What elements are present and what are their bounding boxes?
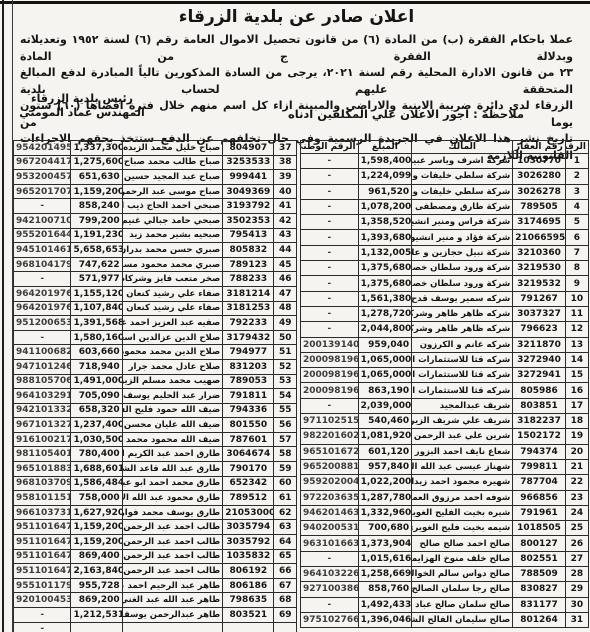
owner-name-cell: شركه قثا للاستثمارات العقاريه	[412, 383, 513, 398]
property-number-cell: 3210360	[513, 245, 566, 260]
row-number-cell: 54	[274, 389, 297, 404]
national-number-cell: 9552016443	[14, 228, 71, 243]
table-row: 643035792طالب احمد عبد الرحمن شري1,159,2…	[14, 535, 297, 550]
amount-cell: 747,622	[71, 257, 122, 272]
owner-name-cell: صبري محمد محمود مسلم	[122, 257, 222, 272]
amount-cell: 959,040	[358, 337, 412, 352]
table-row: 133211870شركه غانم و الكرزون959,04020013…	[301, 337, 589, 352]
national-number-cell: 9511016476	[14, 564, 71, 579]
row-number-cell: 9	[565, 276, 588, 291]
table-row: 83219530شركة ورود سلطان خصاونه وشركاها1,…	[301, 261, 589, 276]
row-number-cell: 60	[274, 476, 297, 491]
amount-cell: 540,460	[358, 414, 412, 429]
owner-name-cell: شوفه احمد مرزوق العموش	[412, 490, 513, 505]
owner-name-cell: شركه غانم و الكرزون	[412, 337, 513, 352]
property-number-cell: 21053000	[223, 505, 274, 520]
amount-cell: 1,396,046	[358, 612, 412, 627]
table-row: 33026278شركة سلطي خليفات وريما قدح961,52…	[301, 184, 589, 199]
row-number-cell: 39	[274, 170, 297, 185]
owner-name-cell	[122, 622, 222, 632]
row-number-cell: 3	[565, 184, 588, 199]
national-number-cell: 9672044171	[14, 155, 71, 170]
property-number-cell: 3174695	[513, 215, 566, 230]
property-number-cell: 999441	[223, 170, 274, 185]
property-number-cell: 3035794	[223, 520, 274, 535]
national-number-cell: -	[301, 597, 359, 612]
property-number-cell: 791961	[513, 505, 566, 520]
national-number-cell: 200098196	[301, 383, 359, 398]
row-number-cell: 27	[565, 551, 588, 566]
national-number-cell: 9641032268	[301, 567, 359, 582]
table-row: 403049369صباح موسى عبد الرحمن ابو كوش1,1…	[14, 184, 297, 199]
amount-cell: 1,561,380	[358, 291, 412, 306]
national-number-cell: 9421013321	[14, 403, 71, 418]
property-number-cell: 803851	[513, 398, 566, 413]
owner-name-cell: ضرار عبد الحليم يوسف الهندى	[122, 389, 222, 404]
top-border-rule	[0, 1, 590, 4]
row-number-cell: 11	[565, 306, 588, 321]
national-number-cell: 9642019763	[14, 301, 71, 316]
property-number-cell: 1502172	[513, 429, 566, 444]
property-number-cell: 3035792	[223, 535, 274, 550]
row-number-cell: 66	[274, 564, 297, 579]
row-number-cell: 52	[274, 359, 297, 374]
amount-cell: 1,580,160	[71, 330, 122, 345]
amount-cell: 2,163,840	[71, 564, 122, 579]
row-number-cell: 44	[274, 243, 297, 258]
row-number-cell: 20	[565, 444, 588, 459]
amount-cell: 1,287,780	[358, 490, 412, 505]
table-row: 51794977صلاح الدين محمد محمود حامد603,66…	[14, 345, 297, 360]
amount-cell: 869,400	[71, 549, 122, 564]
amount-cell: 2,039,000	[358, 398, 412, 413]
property-number-cell: 804907	[223, 141, 274, 156]
property-number-cell: 3219530	[513, 261, 566, 276]
row-number-cell: 57	[274, 432, 297, 447]
national-number-cell: 9592020041	[301, 475, 359, 490]
table-row: 93219532شركة ورود سلطان خصاونه وشركاها1,…	[301, 276, 589, 291]
table-row: 44805832صبري حسن محمد بدران و شريكه5,658…	[14, 243, 297, 258]
national-number-cell: 9271003862	[301, 582, 359, 597]
amount-cell: 1,258,669	[358, 567, 412, 582]
row-number-cell: 10	[565, 291, 588, 306]
owner-name-cell: صالح دواس سالم الخوالده	[412, 567, 513, 582]
owner-name-cell: شعاع نايف احمد البزور	[412, 444, 513, 459]
row-number-cell: 22	[565, 475, 588, 490]
national-number-cell: -	[301, 551, 359, 566]
amount-cell: 1,391,568	[71, 316, 122, 331]
table-row: 37804907صباح خليل محمد الزبده1,337,30095…	[14, 141, 297, 156]
property-number-cell: 3049369	[223, 184, 274, 199]
property-number-cell: 3182237	[513, 414, 566, 429]
owner-name-cell: شيره بخيت الفليح الغويرين	[412, 505, 513, 520]
property-number-cell: 3026280	[513, 169, 566, 184]
owner-name-cell: ضيف الله محمود محمد الحمود	[122, 432, 222, 447]
property-number-cell: 798635	[223, 593, 274, 608]
announcement-page: اعلان صادر عن بلدية الزرقاء عملا باحكام …	[0, 0, 590, 632]
row-number-cell: 16	[565, 383, 588, 398]
row-number-cell: 61	[274, 491, 297, 506]
table-row: 66806192طالب احمد عبد الرحمن شري2,163,84…	[14, 564, 297, 579]
property-number-cell: 796623	[513, 322, 566, 337]
amount-cell: 1,191,230	[71, 228, 122, 243]
row-number-cell: 8	[565, 261, 588, 276]
national-number-cell: 200098196	[301, 368, 359, 383]
owner-name-cell: صالح سلمان صالح عباد	[412, 597, 513, 612]
amount-cell: 758,000	[71, 491, 122, 506]
national-number-cell: -	[301, 184, 359, 199]
table-row: 59790170طارق عبد الله قاعد الشمري1,688,6…	[14, 462, 297, 477]
owner-name-cell: طاهر عبد الله عبد الغني العتوم	[122, 593, 222, 608]
national-number-cell: 9711025157	[301, 414, 359, 429]
property-number-cell: 21066595	[513, 230, 566, 245]
property-number-cell: 806192	[223, 564, 274, 579]
national-number-cell: 9822016027	[301, 429, 359, 444]
table-row: 483181253صفاء علي رشيد كنعان1,107,840964…	[14, 301, 297, 316]
national-number-cell: -	[301, 230, 359, 245]
body-line-1: عملا باحكام الفقرة (ب) من المادة (٦) من …	[20, 32, 573, 65]
amount-cell: 1,159,200	[71, 520, 122, 535]
property-number-cell: 966856	[513, 490, 566, 505]
table-row: 16805986شركه قثا للاستثمارات العقاريه863…	[301, 383, 589, 398]
amount-cell: 601,120	[358, 444, 412, 459]
owner-name-cell: صخر متعب فايز وشركاه	[122, 272, 222, 287]
table-row: 23026280شركة سلطي خليفات وريما قدح1,224,…	[301, 169, 589, 184]
national-number-cell: 200098196	[301, 352, 359, 367]
row-number-cell: 47	[274, 286, 297, 301]
property-number-cell: 3272941	[513, 368, 566, 383]
national-number-cell: -	[301, 169, 359, 184]
national-number-cell: 9581011517	[14, 491, 71, 506]
national-number-cell: -	[301, 199, 359, 214]
table-row: 30831177صالح سلمان صالح عباد1,492,433-	[301, 597, 589, 612]
row-number-cell: 63	[274, 520, 297, 535]
table-row: 61789512طارق محمود عبد الله الاحمد758,00…	[14, 491, 297, 506]
owner-name-cell: شركة نبيل حجازين و علاء معايعه	[412, 245, 513, 260]
column-header-property: رقم العقار	[513, 141, 566, 154]
table-row: 53174695شركة فراس ومنير انشيوات1,358,520…	[301, 215, 589, 230]
table-row: 17803851شريف عبدالمجيد2,039,000-	[301, 398, 589, 413]
owner-name-cell: شركة سلطي خليفات وريما قدح	[412, 169, 513, 184]
row-number-cell: 23	[565, 490, 588, 505]
table-row: 11030770شركة اشرف وياسر عبيد1,598,400-	[301, 154, 589, 169]
national-number-cell: 9411006827	[14, 345, 71, 360]
national-number-cell: -	[301, 398, 359, 413]
national-number-cell: -	[301, 291, 359, 306]
owner-name-cell: شركة ورود سلطان خصاونه وشركاها	[412, 261, 513, 276]
owner-name-cell: شركه سمير يوسف قدح واولاده	[412, 291, 513, 306]
table-row: 20794374شعاع نايف احمد البزور601,1209651…	[301, 444, 589, 459]
owner-name-cell: شريف علي شريف الزين	[412, 414, 513, 429]
row-number-cell: 62	[274, 505, 297, 520]
national-number-cell: 9652008813	[301, 459, 359, 474]
owner-name-cell: صفاء علي رشيد كنعان	[122, 301, 222, 316]
row-number-cell: 41	[274, 199, 297, 214]
property-number-cell: 792233	[223, 316, 274, 331]
row-number-cell: 26	[565, 536, 588, 551]
amount-cell: 1,492,433	[358, 597, 412, 612]
table-row: 4789505شركة طارق ومصطفى خليل1,078,200-	[301, 199, 589, 214]
amount-cell: 1,159,200	[71, 535, 122, 550]
amount-cell: 799,200	[71, 213, 122, 228]
amount-cell: 1,065,000	[358, 352, 412, 367]
national-number-cell: 9641032910	[14, 389, 71, 404]
national-number-cell: 9161002179	[14, 432, 71, 447]
property-number-cell: 789512	[223, 491, 274, 506]
owner-name-cell: طالب احمد عبد الرحمن شري	[122, 564, 222, 579]
row-number-cell: 45	[274, 257, 297, 272]
row-number-cell: 50	[274, 330, 297, 345]
owner-name-cell: شركة اشرف وياسر عبيد	[412, 154, 513, 169]
amount-cell: 658,320	[71, 403, 122, 418]
property-number-cell: 1030770	[513, 154, 566, 169]
property-number-cell: 830827	[513, 582, 566, 597]
signature-name: المهندس عماد المومني	[14, 106, 150, 120]
table-row: 423502353صبحي حامد جبالي غنيم799,2009421…	[14, 213, 297, 228]
note-text: ملاحظة : اجور الاعلان علي المكلفين ادناه	[288, 107, 524, 121]
amount-cell: 1,337,300	[71, 141, 122, 156]
amount-cell: 863,190	[358, 383, 412, 398]
national-number-cell: -	[14, 199, 71, 214]
owner-name-cell: شهناز عيسى عبد الله الشويات	[412, 459, 513, 474]
amount-cell: 1,627,920	[71, 505, 122, 520]
property-number-cell: 3272940	[513, 352, 566, 367]
owner-name-cell: طارق احمد عبد الكريم الخوالده	[122, 447, 222, 462]
row-number-cell: 19	[565, 429, 588, 444]
owner-name-cell: صباح موسى عبد الرحمن ابو كوش	[122, 184, 222, 199]
property-number-cell: 3181214	[223, 286, 274, 301]
row-number-cell: 49	[274, 316, 297, 331]
national-number-cell: -	[301, 322, 359, 337]
row-number-cell: 21	[565, 459, 588, 474]
property-number-cell: 801550	[223, 418, 274, 433]
property-number-cell: 3037327	[513, 306, 566, 321]
owner-name-cell: طالب احمد عبد الرحمن شري	[122, 549, 222, 564]
owner-name-cell: صالح رجا سلمان الصالح	[412, 582, 513, 597]
row-number-cell: 64	[274, 535, 297, 550]
column-header-owner: المالك	[412, 141, 513, 154]
amount-cell: 1,015,616	[358, 551, 412, 566]
column-header-amount: المبلغ	[358, 141, 412, 154]
table-row: 191502172شرين علي عبد الرحمن ابو جامع1,0…	[301, 429, 589, 444]
national-number-cell: 9722036357	[301, 490, 359, 505]
row-number-cell: 38	[274, 155, 297, 170]
table-row: 39999441صباح عبد المجيد حسين عابدين651,6…	[14, 170, 297, 185]
owner-name-cell: طارق يوسف محمد فواريق	[122, 505, 222, 520]
amount-cell: 1,278,720	[358, 306, 412, 321]
owner-name-cell: صالح احمد صالح صالح	[412, 536, 513, 551]
table-row: 28788509صالح دواس سالم الخوالده1,258,669…	[301, 567, 589, 582]
table-row: 60652342طارق محمد احمد ابو عبيد وشركاه1,…	[14, 476, 297, 491]
national-number-cell: 9631016632	[301, 536, 359, 551]
amount-cell: 651,630	[71, 170, 122, 185]
national-number-cell: 9542014956	[14, 141, 71, 156]
amount-cell: 705,090	[71, 389, 122, 404]
property-number-cell: 791267	[513, 291, 566, 306]
row-number-cell: 2	[565, 169, 588, 184]
amount-cell: 5,658,653	[71, 243, 122, 258]
table-row: 22787704شهيره محمود احمد زيدان1,022,2009…	[301, 475, 589, 490]
property-number-cell: 3211870	[513, 337, 566, 352]
amount-cell: 1,030,500	[71, 432, 122, 447]
property-number-cell: 803521	[223, 608, 274, 623]
table-row: 651035832طالب احمد عبد الرحمن شري869,400…	[14, 549, 297, 564]
national-number-cell: -	[301, 245, 359, 260]
column-header-number: الرقم	[565, 141, 588, 154]
property-number-cell: 3026278	[513, 184, 566, 199]
national-number-cell: 9642019763	[14, 286, 71, 301]
row-number-cell: 56	[274, 418, 297, 433]
property-number-cell: 831203	[223, 359, 274, 374]
amount-cell: 780,400	[71, 447, 122, 462]
amount-cell: 2,044,800	[358, 322, 412, 337]
property-number-cell	[223, 622, 274, 632]
owner-name-cell: صباح عبد المجيد حسين عابدين	[122, 170, 222, 185]
table-header-row: الرقم رقم العقار المالك المبلغ الرقم الو…	[301, 141, 589, 154]
amount-cell: 1,078,200	[358, 199, 412, 214]
table-row: 29830827صالح رجا سلمان الصالح858,7609271…	[301, 582, 589, 597]
owner-name-cell: شركة سلطي خليفات وريما قدح	[412, 184, 513, 199]
national-number-cell: -	[14, 622, 71, 632]
table-row: 45789123صبري محمد محمود مسلم747,62296810…	[14, 257, 297, 272]
row-number-cell: 25	[565, 521, 588, 536]
row-number-cell: 30	[565, 597, 588, 612]
amount-cell: 718,940	[71, 359, 122, 374]
row-number-cell: 42	[274, 213, 297, 228]
table-row: 23966856شوفه احمد مرزوق العموش1,287,7809…	[301, 490, 589, 505]
table-row: 46788233صخر متعب فايز وشركاه571,977-	[14, 272, 297, 287]
row-number-cell: 37	[274, 141, 297, 156]
national-number-cell: 9512006534	[14, 316, 71, 331]
table-row: 69803521طاهر عبدالرحمن يوسف ابو عز وشركا…	[14, 608, 297, 623]
row-number-cell	[274, 622, 297, 632]
row-number-cell: 59	[274, 462, 297, 477]
table-row: 52831203صلاح عادل محمد جرار718,940947101…	[14, 359, 297, 374]
owner-name-cell: طارق محمد احمد ابو عبيد وشركاه	[122, 476, 222, 491]
table-row: 43795413صبحيه بشير محمد زيد1,191,2309552…	[14, 228, 297, 243]
table-row: 57787601ضيف الله محمود محمد الحمود1,030,…	[14, 432, 297, 447]
national-number-cell: -	[14, 272, 71, 287]
row-number-cell: 48	[274, 301, 297, 316]
table-row: 55794336ضيف الله حمود فليح الفلاب658,320…	[14, 403, 297, 418]
national-number-cell: 9421007102	[14, 213, 71, 228]
property-number-cell: 3502353	[223, 213, 274, 228]
national-number-cell: 9511016476	[14, 535, 71, 550]
property-number-cell: 3193792	[223, 199, 274, 214]
owner-name-cell: طارق عبد الله قاعد الشمري	[122, 462, 222, 477]
row-number-cell: 58	[274, 447, 297, 462]
row-number-cell: 46	[274, 272, 297, 287]
table-row: 113037327شركه ظاهر ظاهر وشركاه1,278,720-	[301, 306, 589, 321]
owner-name-cell: شركه ظاهر ظاهر وشركاه	[412, 322, 513, 337]
national-number-cell: 9681037098	[14, 476, 71, 491]
amount-cell: 1,332,960	[358, 505, 412, 520]
national-number-cell: 200139140	[301, 337, 359, 352]
table-row: 621066595شركة فؤاد و منير انشيوات1,393,6…	[301, 230, 589, 245]
row-number-cell: 67	[274, 578, 297, 593]
table-row: 67806186طاهر عبد الرحيم احمد عبد اللطيف9…	[14, 578, 297, 593]
amount-cell: 1,491,000	[71, 374, 122, 389]
amount-cell: 1,081,920	[358, 429, 412, 444]
table-row: 633035794طالب احمد عبد الرحمن شري1,159,2…	[14, 520, 297, 535]
amount-cell: 1,586,484	[71, 476, 122, 491]
amount-cell: 1,159,200	[71, 184, 122, 199]
owner-name-cell: شرين علي عبد الرحمن ابو جامع	[412, 429, 513, 444]
table-row: 251018505شيمه بخيت فليح الغويري700,68094…	[301, 521, 589, 536]
table-row: 413193792صبحي احمد الحاج ذيب الحسن858,24…	[14, 199, 297, 214]
table-row: 31801264صالح سليمان الفالح الشديفات1,396…	[301, 612, 589, 627]
table-row: 183182237شريف علي شريف الزين540,46097110…	[301, 414, 589, 429]
owner-name-cell: شركه ظاهر ظاهر وشركاه	[412, 306, 513, 321]
table-row: 54791811ضرار عبد الحليم يوسف الهندى705,0…	[14, 389, 297, 404]
national-number-cell: 9681041793	[14, 257, 71, 272]
national-number-cell: -	[14, 330, 71, 345]
row-number-cell: 14	[565, 352, 588, 367]
national-number-cell: 9201004537	[14, 593, 71, 608]
amount-cell: 1,688,601	[71, 462, 122, 477]
national-number-cell: -	[301, 154, 359, 169]
property-number-cell: 789053	[223, 374, 274, 389]
row-number-cell: 28	[565, 567, 588, 582]
property-number-cell: 1018505	[513, 521, 566, 536]
taxpayers-table-right: الرقم رقم العقار المالك المبلغ الرقم الو…	[300, 140, 589, 628]
row-number-cell: 12	[565, 322, 588, 337]
national-number-cell: 9661037317	[14, 505, 71, 520]
table-row: 49792233صفيه عبد العزيز احمد عثمان1,391,…	[14, 316, 297, 331]
signature-block: رئيس بلدية الزرقاء المهندس عماد المومني	[14, 92, 150, 120]
row-number-cell: 31	[565, 612, 588, 627]
owner-name-cell: شركة فراس ومنير انشيوات	[412, 215, 513, 230]
amount-cell: 603,660	[71, 345, 122, 360]
amount-cell: 1,393,680	[358, 230, 412, 245]
table-row: 12796623شركه ظاهر ظاهر وشركاه2,044,800-	[301, 322, 589, 337]
table-row: 26800127صالح احمد صالح صالح1,373,9049631…	[301, 536, 589, 551]
table-row: 10791267شركه سمير يوسف قدح واولاده1,561,…	[301, 291, 589, 306]
owner-name-cell: شريف عبدالمجيد	[412, 398, 513, 413]
property-number-cell: 789505	[513, 199, 566, 214]
amount-cell: 571,977	[71, 272, 122, 287]
table-row: 73210360شركة نبيل حجازين و علاء معايعه1,…	[301, 245, 589, 260]
row-number-cell: 7	[565, 245, 588, 260]
amount-cell: 1,155,120	[71, 286, 122, 301]
table-row: 153272941شركه قثا للاستثمارات العقاريه1,…	[301, 368, 589, 383]
left-border-rule-outer	[2, 0, 4, 632]
owner-name-cell: ضيف الله حمود فليح الفلاب	[122, 403, 222, 418]
amount-cell: 1,065,000	[358, 368, 412, 383]
row-number-cell: 69	[274, 608, 297, 623]
row-number-cell: 24	[565, 505, 588, 520]
owner-name-cell: طالب احمد عبد الرحمن شري	[122, 535, 222, 550]
national-number-cell: 9451014617	[14, 243, 71, 258]
row-number-cell: 15	[565, 368, 588, 383]
owner-name-cell: شركه قثا للاستثمارات العقاريه	[412, 352, 513, 367]
signature-role: رئيس بلدية الزرقاء	[14, 92, 150, 106]
property-number-cell: 3064674	[223, 447, 274, 462]
owner-name-cell: صلاح الدين عزالدين اسعد	[122, 330, 222, 345]
table-row: 503179432صلاح الدين عزالدين اسعد1,580,16…	[14, 330, 297, 345]
table-row: -	[14, 622, 297, 632]
owner-name-cell: شركة فؤاد و منير انشيوات	[412, 230, 513, 245]
owner-name-cell: صلاح عادل محمد جرار	[122, 359, 222, 374]
owner-name-cell: ضيف الله عليان محسن العموش	[122, 418, 222, 433]
property-number-cell: 799811	[513, 459, 566, 474]
property-number-cell: 3179432	[223, 330, 274, 345]
amount-cell: 1,598,400	[358, 154, 412, 169]
property-number-cell: 788509	[513, 567, 566, 582]
property-number-cell: 788233	[223, 272, 274, 287]
property-number-cell: 800127	[513, 536, 566, 551]
national-number-cell: -	[301, 276, 359, 291]
